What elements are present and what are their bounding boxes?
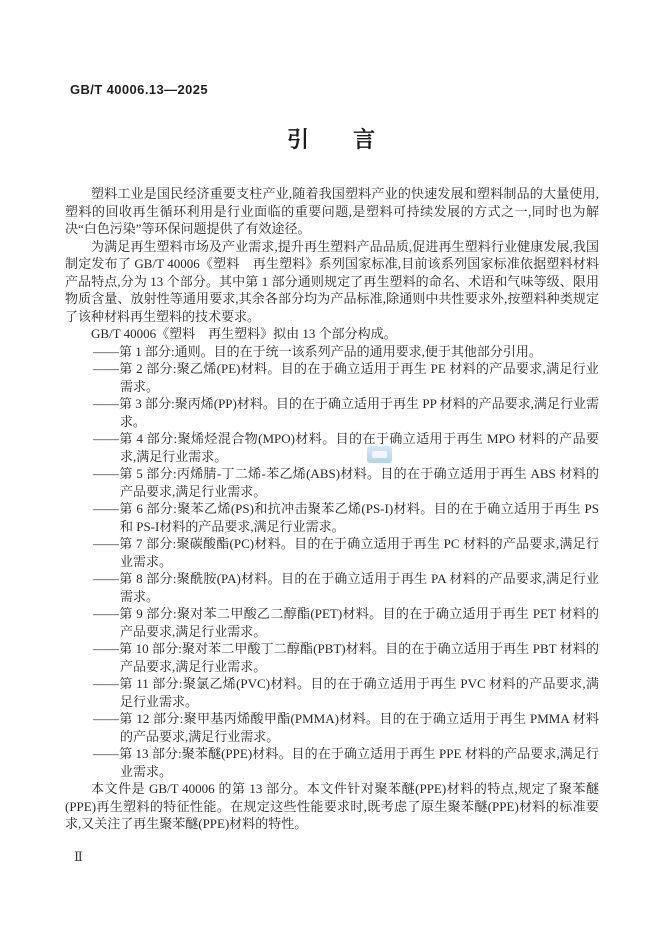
- intro-paragraph-1: 塑料工业是国民经济重要支柱产业,随着我国塑料产业的快速发展和塑料制品的大量使用,…: [65, 185, 599, 238]
- intro-paragraph-2: 为满足再生塑料市场及产业需求,提升再生塑料产品品质,促进再生塑料行业健康发展,我…: [65, 238, 599, 326]
- part-item-11: ——第 11 部分:聚氯乙烯(PVC)材料。目的在于确立适用于再生 PVC 材料…: [65, 675, 599, 710]
- part-item-10: ——第 10 部分:聚对苯二甲酸丁二醇酯(PBT)材料。目的在于确立适用于再生 …: [65, 640, 599, 675]
- standard-number: GB/T 40006.13—2025: [70, 82, 208, 97]
- page-number: Ⅱ: [74, 849, 83, 865]
- part-item-5: ——第 5 部分:丙烯腈-丁二烯-苯乙烯(ABS)材料。目的在于确立适用于再生 …: [65, 465, 599, 500]
- watermark-badge: [367, 446, 392, 463]
- series-intro-paragraph: GB/T 40006《塑料 再生塑料》拟由 13 个部分构成。: [65, 325, 599, 343]
- closing-paragraph: 本文件是 GB/T 40006 的第 13 部分。本文件针对聚苯醚(PPE)材料…: [65, 780, 599, 833]
- part-item-1: ——第 1 部分:通则。目的在于统一该系列产品的通用要求,便于其他部分引用。: [65, 343, 599, 361]
- part-item-9: ——第 9 部分:聚对苯二甲酸乙二醇酯(PET)材料。目的在于确立适用于再生 P…: [65, 605, 599, 640]
- part-item-4: ——第 4 部分:聚烯烃混合物(MPO)材料。目的在于确立适用于再生 MPO 材…: [65, 430, 599, 465]
- document-page: GB/T 40006.13—2025 引 言 塑料工业是国民经济重要支柱产业,随…: [0, 0, 662, 936]
- parts-list: ——第 1 部分:通则。目的在于统一该系列产品的通用要求,便于其他部分引用。 —…: [65, 343, 599, 781]
- page-title: 引 言: [0, 123, 662, 154]
- part-item-13: ——第 13 部分:聚苯醚(PPE)材料。目的在于确立适用于再生 PPE 材料的…: [65, 745, 599, 780]
- document-body: 塑料工业是国民经济重要支柱产业,随着我国塑料产业的快速发展和塑料制品的大量使用,…: [65, 185, 599, 833]
- part-item-2: ——第 2 部分:聚乙烯(PE)材料。目的在于确立适用于再生 PE 材料的产品要…: [65, 360, 599, 395]
- part-item-8: ——第 8 部分:聚酰胺(PA)材料。目的在于确立适用于再生 PA 材料的产品要…: [65, 570, 599, 605]
- part-item-12: ——第 12 部分:聚甲基丙烯酸甲酯(PMMA)材料。目的在于确立适用于再生 P…: [65, 710, 599, 745]
- part-item-3: ——第 3 部分:聚丙烯(PP)材料。目的在于确立适用于再生 PP 材料的产品要…: [65, 395, 599, 430]
- part-item-7: ——第 7 部分:聚碳酸酯(PC)材料。目的在于确立适用于再生 PC 材料的产品…: [65, 535, 599, 570]
- part-item-6: ——第 6 部分:聚苯乙烯(PS)和抗冲击聚苯乙烯(PS-I)材料。目的在于确立…: [65, 500, 599, 535]
